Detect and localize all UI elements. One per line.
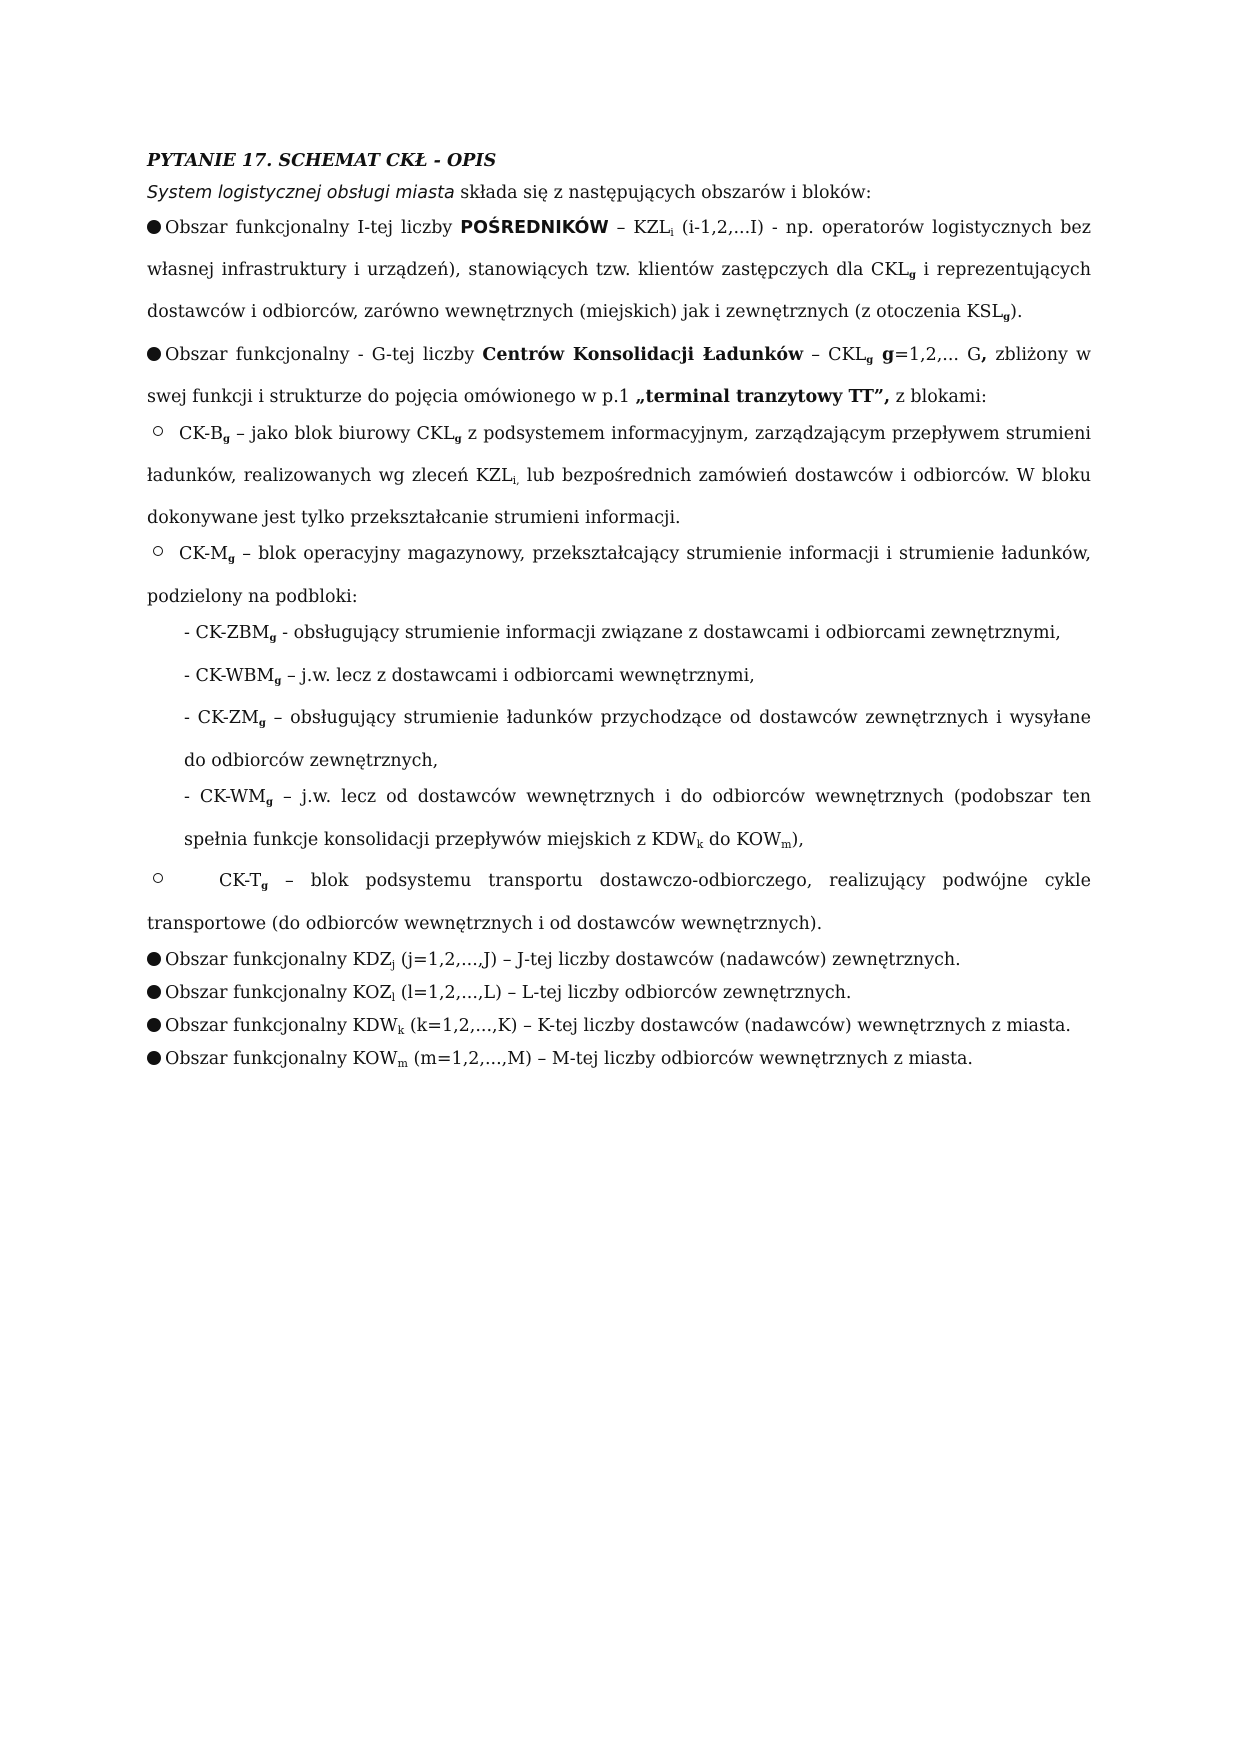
subblock-item: - CK-WMg – j.w. lecz od dostawców wewnęt…: [184, 779, 1091, 863]
intro-italic: System logistycznej obsługi miasta: [147, 183, 455, 203]
filled-bullet-icon: [147, 1051, 161, 1065]
filled-bullet-icon: [147, 347, 161, 361]
area-item: Obszar funkcjonalny KOWm (m=1,2,...,M) –…: [147, 1045, 1091, 1078]
area-consolidation-centers: Obszar funkcjonalny - G-tej liczby Centr…: [147, 337, 1091, 416]
block-ck-m: CK-Mg – blok operacyjny magazynowy, prze…: [147, 536, 1091, 615]
hollow-bullet-icon: [153, 873, 163, 883]
area-item: Obszar funkcjonalny KDWk (k=1,2,...,K) –…: [147, 1012, 1091, 1045]
page-title: PYTANIE 17. SCHEMAT CKŁ - OPIS: [147, 146, 1091, 176]
subblock-item: - CK-ZBMg - obsługujący strumienie infor…: [184, 615, 1091, 658]
intro-paragraph: System logistycznej obsługi miasta skład…: [147, 176, 1091, 210]
hollow-bullet-icon: [153, 546, 163, 556]
area-item: Obszar funkcjonalny KDZj (j=1,2,...,J) –…: [147, 946, 1091, 979]
area-intermediaries: Obszar funkcjonalny I-tej liczby POŚREDN…: [147, 210, 1091, 337]
subblock-list: - CK-ZBMg - obsługujący strumienie infor…: [147, 615, 1091, 863]
filled-bullet-icon: [147, 220, 161, 234]
filled-bullet-icon: [147, 952, 161, 966]
document-page: PYTANIE 17. SCHEMAT CKŁ - OPIS System lo…: [147, 146, 1091, 1078]
block-ck-t: CK-Tg – blok podsystemu transportu dosta…: [147, 863, 1091, 942]
block-ck-b: CK-Bg – jako blok biurowy CKLg z podsyst…: [147, 416, 1091, 537]
external-areas-list: Obszar funkcjonalny KDZj (j=1,2,...,J) –…: [147, 946, 1091, 1078]
intro-text: składa się z następujących obszarów i bl…: [455, 183, 872, 203]
area-item: Obszar funkcjonalny KOZl (l=1,2,...,L) –…: [147, 979, 1091, 1012]
hollow-bullet-icon: [153, 426, 163, 436]
subblock-item: - CK-WBMg – j.w. lecz z dostawcami i odb…: [184, 658, 1091, 701]
filled-bullet-icon: [147, 1018, 161, 1032]
subblock-item: - CK-ZMg – obsługujący strumienie ładunk…: [184, 700, 1091, 779]
filled-bullet-icon: [147, 985, 161, 999]
